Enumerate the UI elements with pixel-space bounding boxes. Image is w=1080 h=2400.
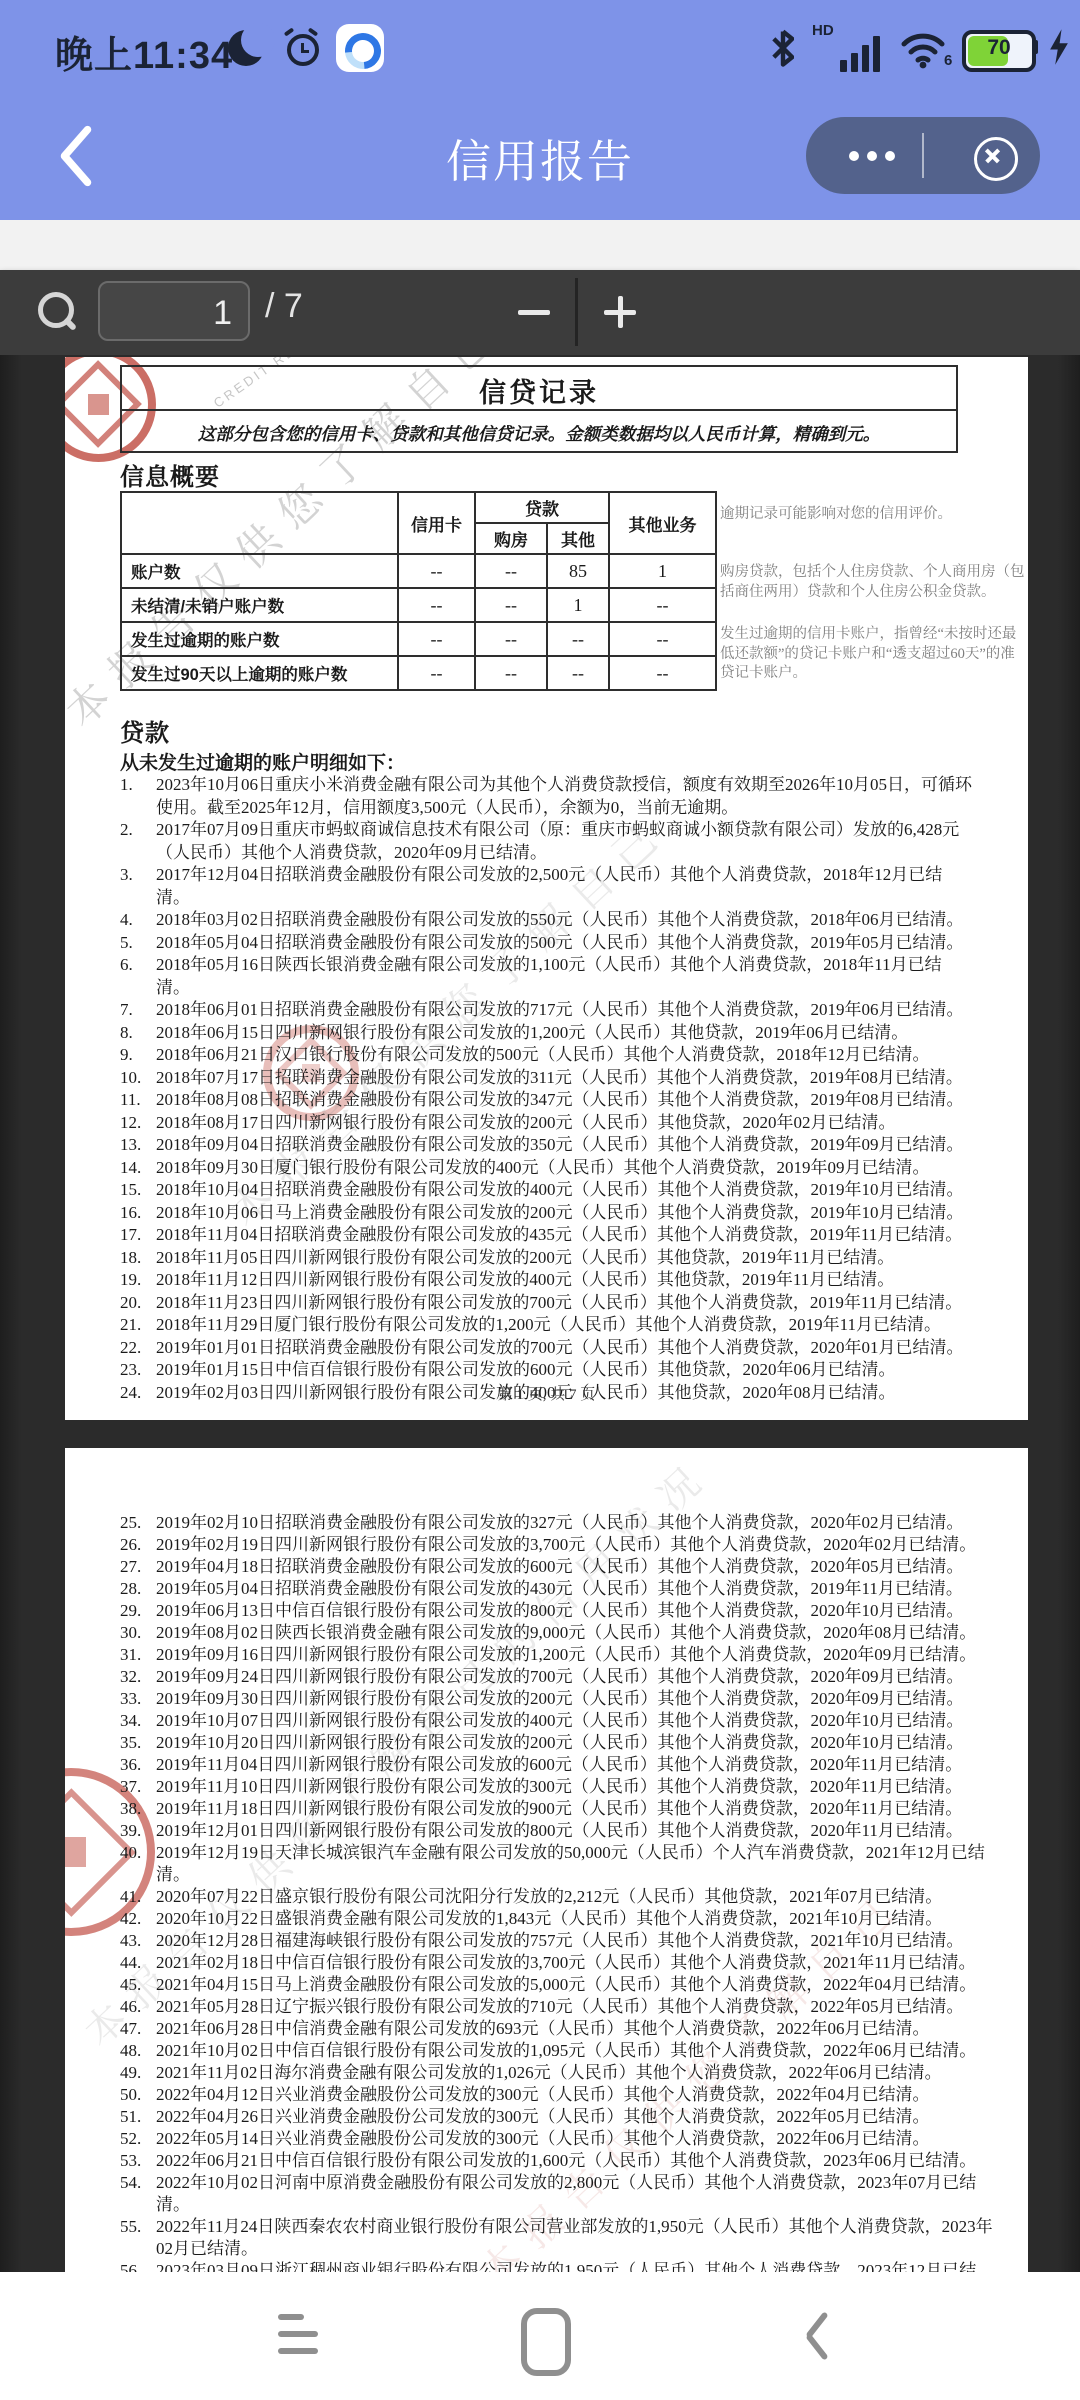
loan-item-text: 2022年06月21日中信百信银行股份有限公司发放的1,600元（人民币）其他个… bbox=[156, 2150, 1008, 2172]
loan-item-number: 53. bbox=[120, 2150, 156, 2172]
cell-signal-icon bbox=[840, 34, 886, 72]
loan-item-text: 2022年04月12日兴业消费金融股份公司发放的300元（人民币）其他个人消费贷… bbox=[156, 2084, 1008, 2106]
loan-item: 11.2018年08月08日招联消费金融股份有限公司发放的347元（人民币）其他… bbox=[120, 1089, 972, 1112]
loan-item: 7.2018年06月01日招联消费金融股份有限公司发放的717元（人民币）其他个… bbox=[120, 999, 972, 1022]
loan-item-text: 2018年10月04日招联消费金融股份有限公司发放的400元（人民币）其他个人消… bbox=[156, 1179, 972, 1202]
summary-cell: -- bbox=[475, 656, 547, 690]
loan-item-text: 2022年05月14日兴业消费金融股份公司发放的300元（人民币）其他个人消费贷… bbox=[156, 2128, 1008, 2150]
loan-item: 46.2021年05月28日辽宁振兴银行股份有限公司发放的710元（人民币）其他… bbox=[120, 1996, 1008, 2018]
loan-item: 8.2018年06月15日四川新网银行股份有限公司发放的1,200元（人民币）其… bbox=[120, 1022, 972, 1045]
loan-item-number: 41. bbox=[120, 1886, 156, 1908]
loan-item: 35.2019年10月20日四川新网银行股份有限公司发放的200元（人民币）其他… bbox=[120, 1732, 1008, 1754]
loan-item-number: 52. bbox=[120, 2128, 156, 2150]
loan-item-number: 13. bbox=[120, 1134, 156, 1157]
summary-cell: -- bbox=[475, 588, 547, 622]
system-nav-bar bbox=[0, 2272, 1080, 2400]
summary-table: 信用卡 贷款 其他业务 购房 其他 账户数----851未结清/未销户账户数--… bbox=[120, 491, 717, 691]
loan-item: 26.2019年02月19日四川新网银行股份有限公司发放的3,700元（人民币）… bbox=[120, 1534, 1008, 1556]
loan-item-number: 9. bbox=[120, 1044, 156, 1067]
loan-item-number: 10. bbox=[120, 1067, 156, 1090]
loan-item-text: 2021年04月15日马上消费金融股份有限公司发放的5,000元（人民币）其他个… bbox=[156, 1974, 1008, 1996]
loan-item-text: 2019年01月01日招联消费金融股份有限公司发放的700元（人民币）其他个人消… bbox=[156, 1337, 972, 1360]
loan-item: 29.2019年06月13日中信百信银行股份有限公司发放的800元（人民币）其他… bbox=[120, 1600, 1008, 1622]
loan-item-text: 2021年05月28日辽宁振兴银行股份有限公司发放的710元（人民币）其他个人消… bbox=[156, 1996, 1008, 2018]
loan-item: 20.2018年11月23日四川新网银行股份有限公司发放的700元（人民币）其他… bbox=[120, 1292, 972, 1315]
loan-item-text: 2019年12月01日四川新网银行股份有限公司发放的800元（人民币）其他个人消… bbox=[156, 1820, 1008, 1842]
loan-item: 6.2018年05月16日陕西长银消费金融有限公司发放的1,100元（人民币）其… bbox=[120, 954, 972, 999]
loan-item-text: 2022年11月24日陕西秦农农村商业银行股份有限公司营业部发放的1,950元（… bbox=[156, 2216, 1008, 2260]
loan-item-text: 2018年09月30日厦门银行股份有限公司发放的400元（人民币）其他个人消费贷… bbox=[156, 1157, 972, 1180]
summary-cell: -- bbox=[398, 656, 475, 690]
loan-item-number: 39. bbox=[120, 1820, 156, 1842]
loan-item-text: 2018年08月17日四川新网银行股份有限公司发放的200元（人民币）其他贷款，… bbox=[156, 1112, 972, 1135]
summary-cell: -- bbox=[609, 656, 716, 690]
search-icon[interactable] bbox=[36, 290, 80, 336]
section-title-box: 信贷记录 这部分包含您的信用卡、贷款和其他信贷记录。金额类数据均以人民币计算，精… bbox=[120, 365, 958, 453]
pdf-page-2: 本报告仅供您了解自己的信用状况 本报告仅供您了解自己 25.2019年02月10… bbox=[65, 1448, 1028, 2278]
loan-item-text: 2019年11月18日四川新网银行股份有限公司发放的900元（人民币）其他个人消… bbox=[156, 1798, 1008, 1820]
loan-item-text: 2018年07月17日招联消费金融股份有限公司发放的311元（人民币）其他个人消… bbox=[156, 1067, 972, 1090]
loan-item: 53.2022年06月21日中信百信银行股份有限公司发放的1,600元（人民币）… bbox=[120, 2150, 1008, 2172]
title-divider bbox=[122, 409, 956, 411]
loan-item: 12.2018年08月17日四川新网银行股份有限公司发放的200元（人民币）其他… bbox=[120, 1112, 972, 1135]
page-total-label: / 7 bbox=[265, 287, 303, 326]
loan-item: 51.2022年04月26日兴业消费金融股份公司发放的300元（人民币）其他个人… bbox=[120, 2106, 1008, 2128]
summary-cell: -- bbox=[398, 622, 475, 656]
summary-cell: 发生过逾期的账户数 bbox=[121, 622, 398, 656]
loan-item-number: 17. bbox=[120, 1224, 156, 1247]
summary-row: 账户数----851 bbox=[121, 554, 716, 588]
loan-item: 36.2019年11月04日四川新网银行股份有限公司发放的600元（人民币）其他… bbox=[120, 1754, 1008, 1776]
loan-item: 42.2020年10月22日盛银消费金融有限公司发放的1,843元（人民币）其他… bbox=[120, 1908, 1008, 1930]
section-intro: 这部分包含您的信用卡、贷款和其他信贷记录。金额类数据均以人民币计算，精确到元。 bbox=[122, 421, 956, 446]
summary-cell: 发生过90天以上逾期的账户数 bbox=[121, 656, 398, 690]
miniprogram-capsule bbox=[806, 117, 1040, 194]
pdf-page-1: CREDIT REFERENCE CENTER PEOPLE'S BANK 本报… bbox=[65, 357, 1028, 1420]
loan-item: 14.2018年09月30日厦门银行股份有限公司发放的400元（人民币）其他个人… bbox=[120, 1157, 972, 1180]
loan-item-text: 2018年11月29日厦门银行股份有限公司发放的1,200元（人民币）其他个人消… bbox=[156, 1314, 972, 1337]
loan-item: 41.2020年07月22日盛京银行股份有限公司沈阳分行发放的2,212元（人民… bbox=[120, 1886, 1008, 1908]
summary-cell: -- bbox=[475, 554, 547, 588]
loan-item-number: 31. bbox=[120, 1644, 156, 1666]
loan-item-text: 2020年10月22日盛银消费金融有限公司发放的1,843元（人民币）其他个人消… bbox=[156, 1908, 1008, 1930]
loan-item-text: 2021年06月28日中信消费金融有限公司发放的693元（人民币）其他个人消费贷… bbox=[156, 2018, 1008, 2040]
summary-cell: 1 bbox=[609, 554, 716, 588]
loan-item-number: 48. bbox=[120, 2040, 156, 2062]
summary-cell: 未结清/未销户账户数 bbox=[121, 588, 398, 622]
loan-item: 21.2018年11月29日厦门银行股份有限公司发放的1,200元（人民币）其他… bbox=[120, 1314, 972, 1337]
loan-item-text: 2020年07月22日盛京银行股份有限公司沈阳分行发放的2,212元（人民币）其… bbox=[156, 1886, 1008, 1908]
loan-item-number: 45. bbox=[120, 1974, 156, 1996]
loan-item-text: 2020年12月28日福建海峡银行股份有限公司发放的757元（人民币）其他个人消… bbox=[156, 1930, 1008, 1952]
loan-item-number: 50. bbox=[120, 2084, 156, 2106]
loan-item-number: 54. bbox=[120, 2172, 156, 2216]
battery-icon: 70 bbox=[962, 30, 1036, 72]
charging-bolt-icon bbox=[1046, 28, 1072, 66]
nav-header: 信用报告 bbox=[0, 95, 1080, 220]
loan-item-number: 42. bbox=[120, 1908, 156, 1930]
loan-item-number: 37. bbox=[120, 1776, 156, 1798]
loan-item-number: 46. bbox=[120, 1996, 156, 2018]
loan-item-text: 2019年02月19日四川新网银行股份有限公司发放的3,700元（人民币）其他个… bbox=[156, 1534, 1008, 1556]
loan-item-text: 2019年05月04日招联消费金融股份有限公司发放的430元（人民币）其他个人消… bbox=[156, 1578, 1008, 1600]
loans-subheading: 从未发生过逾期的账户明细如下： bbox=[120, 748, 405, 775]
loan-item-text: 2018年08月08日招联消费金融股份有限公司发放的347元（人民币）其他个人消… bbox=[156, 1089, 972, 1112]
loan-list-page1: 1.2023年10月06日重庆小米消费金融有限公司为其他个人消费贷款授信，额度有… bbox=[120, 774, 972, 1404]
loan-item: 33.2019年09月30日四川新网银行股份有限公司发放的200元（人民币）其他… bbox=[120, 1688, 1008, 1710]
summary-row: 发生过逾期的账户数-------- bbox=[121, 622, 716, 656]
loan-item: 34.2019年10月07日四川新网银行股份有限公司发放的400元（人民币）其他… bbox=[120, 1710, 1008, 1732]
summary-cell: -- bbox=[609, 588, 716, 622]
loan-item-text: 2018年05月04日招联消费金融股份有限公司发放的500元（人民币）其他个人消… bbox=[156, 932, 972, 955]
do-not-disturb-moon-icon bbox=[228, 30, 264, 66]
wifi-icon bbox=[900, 28, 946, 72]
loan-item-text: 2019年01月15日中信百信银行股份有限公司发放的600元（人民币）其他贷款，… bbox=[156, 1359, 972, 1382]
loans-heading: 贷款 bbox=[120, 713, 170, 748]
loan-item-number: 51. bbox=[120, 2106, 156, 2128]
loan-item: 15.2018年10月04日招联消费金融股份有限公司发放的400元（人民币）其他… bbox=[120, 1179, 972, 1202]
loan-item: 9.2018年06月21日汉口银行股份有限公司发放的500元（人民币）其他个人消… bbox=[120, 1044, 972, 1067]
loan-item-number: 5. bbox=[120, 932, 156, 955]
loan-item: 50.2022年04月12日兴业消费金融股份公司发放的300元（人民币）其他个人… bbox=[120, 2084, 1008, 2106]
loan-item: 44.2021年02月18日中信百信银行股份有限公司发放的3,700元（人民币）… bbox=[120, 1952, 1008, 1974]
loan-item: 3.2017年12月04日招联消费金融股份有限公司发放的2,500元（人民币）其… bbox=[120, 864, 972, 909]
loan-item: 10.2018年07月17日招联消费金融股份有限公司发放的311元（人民币）其他… bbox=[120, 1067, 972, 1090]
summary-cell: -- bbox=[475, 622, 547, 656]
wifi6-badge: 6 bbox=[944, 52, 952, 69]
loan-item-number: 1. bbox=[120, 774, 156, 819]
summary-row: 未结清/未销户账户数----1-- bbox=[121, 588, 716, 622]
loan-item-number: 34. bbox=[120, 1710, 156, 1732]
col-other-business: 其他业务 bbox=[609, 492, 716, 554]
zoom-in-button[interactable] bbox=[598, 283, 644, 341]
loan-item: 40.2019年12月19日天津长城滨银汽车金融有限公司发放的50,000元（人… bbox=[120, 1842, 1008, 1886]
status-time: 晚上11:34 bbox=[55, 24, 233, 79]
loan-item: 37.2019年11月10日四川新网银行股份有限公司发放的300元（人民币）其他… bbox=[120, 1776, 1008, 1798]
loan-item-text: 2018年11月12日四川新网银行股份有限公司发放的400元（人民币）其他贷款，… bbox=[156, 1269, 972, 1292]
loan-item-text: 2021年02月18日中信百信银行股份有限公司发放的3,700元（人民币）其他个… bbox=[156, 1952, 1008, 1974]
page-number-input[interactable]: 1 bbox=[98, 281, 250, 341]
notification-app-icon bbox=[336, 24, 384, 72]
loan-item: 19.2018年11月12日四川新网银行股份有限公司发放的400元（人民币）其他… bbox=[120, 1269, 972, 1292]
loan-item: 16.2018年10月06日马上消费金融股份有限公司发放的200元（人民币）其他… bbox=[120, 1202, 972, 1225]
system-back-button[interactable] bbox=[792, 2310, 828, 2362]
sub-header-strip bbox=[0, 220, 1080, 271]
col-credit-card: 信用卡 bbox=[398, 492, 475, 554]
phone-screen: 晚上11:34 HD 6 70 bbox=[0, 0, 1080, 2400]
loan-item: 5.2018年05月04日招联消费金融股份有限公司发放的500元（人民币）其他个… bbox=[120, 932, 972, 955]
side-note-overdue: 逾期记录可能影响对您的信用评价。 bbox=[720, 505, 1025, 525]
loan-item-text: 2019年08月02日陕西长银消费金融有限公司发放的9,000元（人民币）其他个… bbox=[156, 1622, 1008, 1644]
loan-item-number: 29. bbox=[120, 1600, 156, 1622]
loan-item-number: 2. bbox=[120, 819, 156, 864]
loan-item-text: 2018年06月01日招联消费金融股份有限公司发放的717元（人民币）其他个人消… bbox=[156, 999, 972, 1022]
pdf-viewport[interactable]: CREDIT REFERENCE CENTER PEOPLE'S BANK 本报… bbox=[0, 355, 1080, 2272]
loan-item-text: 2018年06月15日四川新网银行股份有限公司发放的1,200元（人民币）其他贷… bbox=[156, 1022, 972, 1045]
loan-item-text: 2019年09月24日四川新网银行股份有限公司发放的700元（人民币）其他个人消… bbox=[156, 1666, 1008, 1688]
summary-table-body: 账户数----851未结清/未销户账户数----1--发生过逾期的账户数----… bbox=[121, 554, 716, 690]
loan-item-number: 21. bbox=[120, 1314, 156, 1337]
loan-item-text: 2019年11月10日四川新网银行股份有限公司发放的300元（人民币）其他个人消… bbox=[156, 1776, 1008, 1798]
bluetooth-icon bbox=[772, 28, 794, 68]
hd-voice-icon: HD bbox=[812, 22, 834, 39]
loan-item: 39.2019年12月01日四川新网银行股份有限公司发放的800元（人民币）其他… bbox=[120, 1820, 1008, 1842]
section-title: 信贷记录 bbox=[122, 371, 956, 407]
loan-list-page2: 25.2019年02月10日招联消费金融股份有限公司发放的327元（人民币）其他… bbox=[120, 1512, 1008, 2278]
loan-item: 55.2022年11月24日陕西秦农农村商业银行股份有限公司营业部发放的1,95… bbox=[120, 2216, 1008, 2260]
more-menu-button[interactable] bbox=[832, 117, 912, 194]
loan-item-text: 2019年04月18日招联消费金融股份有限公司发放的600元（人民币）其他个人消… bbox=[156, 1556, 1008, 1578]
loan-item-text: 2018年06月21日汉口银行股份有限公司发放的500元（人民币）其他个人消费贷… bbox=[156, 1044, 972, 1067]
loan-item-text: 2017年07月09日重庆市蚂蚁商诚信息技术有限公司（原：重庆市蚂蚁商诚小额贷款… bbox=[156, 819, 972, 864]
loan-item-text: 2019年10月20日四川新网银行股份有限公司发放的200元（人民币）其他个人消… bbox=[156, 1732, 1008, 1754]
battery-percent: 70 bbox=[966, 36, 1032, 60]
loan-item: 48.2021年10月02日中信百信银行股份有限公司发放的1,095元（人民币）… bbox=[120, 2040, 1008, 2062]
loan-item: 47.2021年06月28日中信消费金融有限公司发放的693元（人民币）其他个人… bbox=[120, 2018, 1008, 2040]
loan-item: 2.2017年07月09日重庆市蚂蚁商诚信息技术有限公司（原：重庆市蚂蚁商诚小额… bbox=[120, 819, 972, 864]
summary-cell: -- bbox=[547, 656, 609, 690]
loan-item-number: 36. bbox=[120, 1754, 156, 1776]
loan-item-number: 14. bbox=[120, 1157, 156, 1180]
loan-item-number: 33. bbox=[120, 1688, 156, 1710]
loan-item-text: 2021年10月02日中信百信银行股份有限公司发放的1,095元（人民币）其他个… bbox=[156, 2040, 1008, 2062]
loan-item-number: 12. bbox=[120, 1112, 156, 1135]
summary-corner-cell bbox=[121, 492, 398, 554]
loan-item-number: 11. bbox=[120, 1089, 156, 1112]
col-loan-house: 购房 bbox=[475, 523, 547, 554]
summary-cell: -- bbox=[398, 588, 475, 622]
loan-item-text: 2022年04月26日兴业消费金融股份公司发放的300元（人民币）其他个人消费贷… bbox=[156, 2106, 1008, 2128]
loan-item: 13.2018年09月04日招联消费金融股份有限公司发放的350元（人民币）其他… bbox=[120, 1134, 972, 1157]
loan-item-text: 2018年09月04日招联消费金融股份有限公司发放的350元（人民币）其他个人消… bbox=[156, 1134, 972, 1157]
loan-item: 17.2018年11月04日招联消费金融股份有限公司发放的435元（人民币）其他… bbox=[120, 1224, 972, 1247]
loan-item: 23.2019年01月15日中信百信银行股份有限公司发放的600元（人民币）其他… bbox=[120, 1359, 972, 1382]
loan-item: 25.2019年02月10日招联消费金融股份有限公司发放的327元（人民币）其他… bbox=[120, 1512, 1008, 1534]
loan-item: 45.2021年04月15日马上消费金融股份有限公司发放的5,000元（人民币）… bbox=[120, 1974, 1008, 1996]
loan-item-number: 40. bbox=[120, 1842, 156, 1886]
loan-item-text: 2019年12月19日天津长城滨银汽车金融有限公司发放的50,000元（人民币）… bbox=[156, 1842, 1008, 1886]
loan-item-text: 2018年10月06日马上消费金融股份有限公司发放的200元（人民币）其他个人消… bbox=[156, 1202, 972, 1225]
summary-cell: -- bbox=[398, 554, 475, 588]
loan-item: 4.2018年03月02日招联消费金融股份有限公司发放的550元（人民币）其他个… bbox=[120, 909, 972, 932]
loan-item: 43.2020年12月28日福建海峡银行股份有限公司发放的757元（人民币）其他… bbox=[120, 1930, 1008, 1952]
loan-item-number: 47. bbox=[120, 2018, 156, 2040]
loan-item-text: 2019年09月16日四川新网银行股份有限公司发放的1,200元（人民币）其他个… bbox=[156, 1644, 1008, 1666]
loan-item: 54.2022年10月02日河南中原消费金融股份有限公司发放的2,800元（人民… bbox=[120, 2172, 1008, 2216]
loan-item: 28.2019年05月04日招联消费金融股份有限公司发放的430元（人民币）其他… bbox=[120, 1578, 1008, 1600]
page-footer: 第 1 页, 共 7 页 bbox=[65, 1383, 1028, 1404]
loan-item-number: 30. bbox=[120, 1622, 156, 1644]
col-loan: 贷款 bbox=[475, 492, 609, 523]
loan-item-number: 16. bbox=[120, 1202, 156, 1225]
loan-item-text: 2019年10月07日四川新网银行股份有限公司发放的400元（人民币）其他个人消… bbox=[156, 1710, 1008, 1732]
loan-item-number: 25. bbox=[120, 1512, 156, 1534]
loan-item-text: 2019年11月04日四川新网银行股份有限公司发放的600元（人民币）其他个人消… bbox=[156, 1754, 1008, 1776]
status-bar: 晚上11:34 HD 6 70 bbox=[0, 0, 1080, 95]
summary-heading: 信息概要 bbox=[120, 457, 220, 492]
summary-cell: -- bbox=[609, 622, 716, 656]
loan-item-number: 38. bbox=[120, 1798, 156, 1820]
loan-item: 49.2021年11月02日海尔消费金融有限公司发放的1,026元（人民币）其他… bbox=[120, 2062, 1008, 2084]
toolbar-divider bbox=[575, 278, 578, 346]
loan-item-text: 2018年11月05日四川新网银行股份有限公司发放的200元（人民币）其他贷款，… bbox=[156, 1247, 972, 1270]
alarm-icon bbox=[284, 30, 320, 66]
loan-item: 32.2019年09月24日四川新网银行股份有限公司发放的700元（人民币）其他… bbox=[120, 1666, 1008, 1688]
loan-item-number: 23. bbox=[120, 1359, 156, 1382]
summary-cell: -- bbox=[547, 622, 609, 656]
loan-item-text: 2021年11月02日海尔消费金融有限公司发放的1,026元（人民币）其他个人消… bbox=[156, 2062, 1008, 2084]
loan-item-text: 2018年03月02日招联消费金融股份有限公司发放的550元（人民币）其他个人消… bbox=[156, 909, 972, 932]
loan-item-text: 2019年09月30日四川新网银行股份有限公司发放的200元（人民币）其他个人消… bbox=[156, 1688, 1008, 1710]
loan-item: 38.2019年11月18日四川新网银行股份有限公司发放的900元（人民币）其他… bbox=[120, 1798, 1008, 1820]
col-loan-other: 其他 bbox=[547, 523, 609, 554]
summary-table-head: 信用卡 贷款 其他业务 购房 其他 bbox=[121, 492, 716, 554]
loan-item-number: 44. bbox=[120, 1952, 156, 1974]
loan-item-text: 2019年02月10日招联消费金融股份有限公司发放的327元（人民币）其他个人消… bbox=[156, 1512, 1008, 1534]
loan-item-number: 35. bbox=[120, 1732, 156, 1754]
loan-item-number: 18. bbox=[120, 1247, 156, 1270]
loan-item-number: 7. bbox=[120, 999, 156, 1022]
summary-cell: 1 bbox=[547, 588, 609, 622]
loan-item-number: 15. bbox=[120, 1179, 156, 1202]
loan-item: 1.2023年10月06日重庆小米消费金融有限公司为其他个人消费贷款授信，额度有… bbox=[120, 774, 972, 819]
recents-button[interactable] bbox=[278, 2314, 322, 2360]
loan-item-text: 2018年11月23日四川新网银行股份有限公司发放的700元（人民币）其他个人消… bbox=[156, 1292, 972, 1315]
summary-cell: 85 bbox=[547, 554, 609, 588]
loan-item-text: 2022年10月02日河南中原消费金融股份有限公司发放的2,800元（人民币）其… bbox=[156, 2172, 1008, 2216]
loan-item-number: 32. bbox=[120, 1666, 156, 1688]
summary-cell: 账户数 bbox=[121, 554, 398, 588]
loan-item: 30.2019年08月02日陕西长银消费金融有限公司发放的9,000元（人民币）… bbox=[120, 1622, 1008, 1644]
loan-item-number: 43. bbox=[120, 1930, 156, 1952]
zoom-out-button[interactable] bbox=[512, 283, 558, 341]
close-button[interactable] bbox=[974, 137, 1018, 181]
summary-row: 发生过90天以上逾期的账户数-------- bbox=[121, 656, 716, 690]
loan-item: 31.2019年09月16日四川新网银行股份有限公司发放的1,200元（人民币）… bbox=[120, 1644, 1008, 1666]
loan-item-text: 2023年10月06日重庆小米消费金融有限公司为其他个人消费贷款授信，额度有效期… bbox=[156, 774, 972, 819]
loan-item-number: 4. bbox=[120, 909, 156, 932]
loan-item-text: 2018年11月04日招联消费金融股份有限公司发放的435元（人民币）其他个人消… bbox=[156, 1224, 972, 1247]
side-note-credit-card: 发生过逾期的信用卡账户，指曾经“未按时还最低还款额”的贷记卡账户和“透支超过60… bbox=[720, 625, 1025, 684]
loan-item-number: 8. bbox=[120, 1022, 156, 1045]
loan-item: 52.2022年05月14日兴业消费金融股份公司发放的300元（人民币）其他个人… bbox=[120, 2128, 1008, 2150]
home-button[interactable] bbox=[521, 2308, 571, 2376]
loan-item-number: 6. bbox=[120, 954, 156, 999]
loan-item-number: 22. bbox=[120, 1337, 156, 1360]
loan-item-text: 2019年06月13日中信百信银行股份有限公司发放的800元（人民币）其他个人消… bbox=[156, 1600, 1008, 1622]
loan-item-number: 49. bbox=[120, 2062, 156, 2084]
loan-item: 18.2018年11月05日四川新网银行股份有限公司发放的200元（人民币）其他… bbox=[120, 1247, 972, 1270]
pdf-toolbar: 1 / 7 bbox=[0, 270, 1080, 355]
loan-item-number: 3. bbox=[120, 864, 156, 909]
capsule-divider bbox=[922, 133, 924, 178]
loan-item-number: 26. bbox=[120, 1534, 156, 1556]
loan-item-number: 28. bbox=[120, 1578, 156, 1600]
loan-item: 22.2019年01月01日招联消费金融股份有限公司发放的700元（人民币）其他… bbox=[120, 1337, 972, 1360]
loan-item: 27.2019年04月18日招联消费金融股份有限公司发放的600元（人民币）其他… bbox=[120, 1556, 1008, 1578]
loan-item-text: 2018年05月16日陕西长银消费金融有限公司发放的1,100元（人民币）其他个… bbox=[156, 954, 972, 999]
loan-item-number: 55. bbox=[120, 2216, 156, 2260]
battery-cap bbox=[1033, 40, 1038, 54]
loan-item-number: 19. bbox=[120, 1269, 156, 1292]
side-note-house-loan: 购房贷款，包括个人住房贷款、个人商用房（包括商住两用）贷款和个人住房公积金贷款。 bbox=[720, 563, 1025, 602]
loan-item-text: 2017年12月04日招联消费金融股份有限公司发放的2,500元（人民币）其他个… bbox=[156, 864, 972, 909]
loan-item-number: 20. bbox=[120, 1292, 156, 1315]
loan-item-number: 27. bbox=[120, 1556, 156, 1578]
